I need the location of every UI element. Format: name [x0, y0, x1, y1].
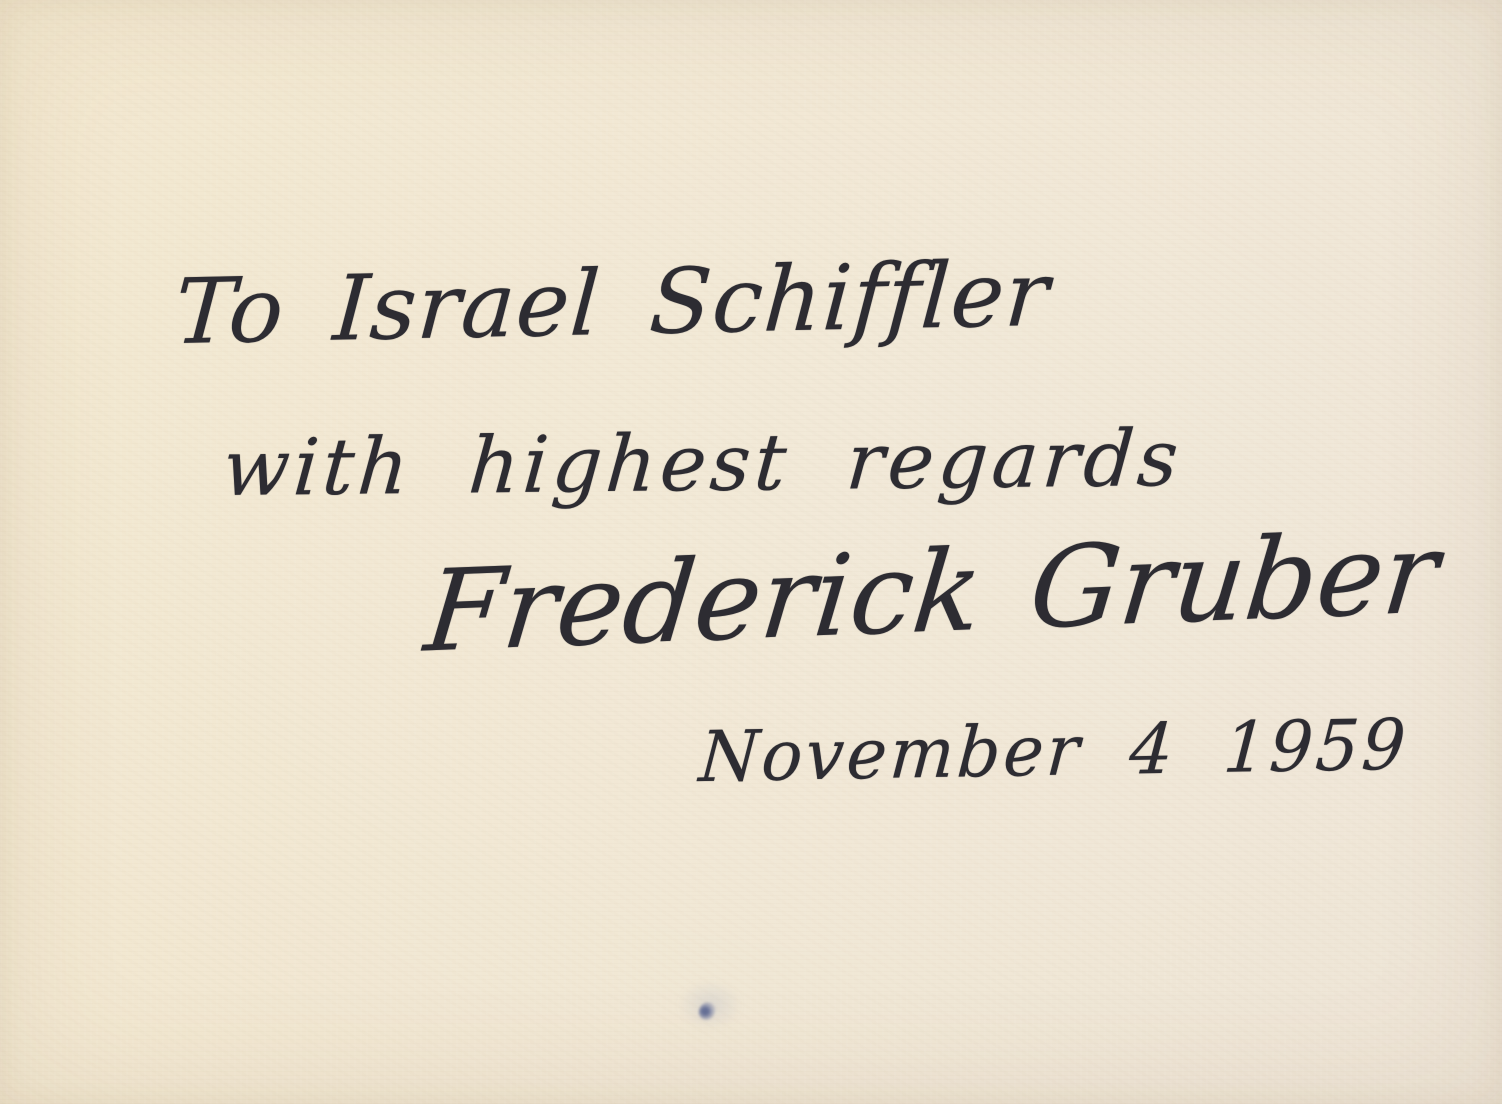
- inscription-recipient-line: To Israel Schiffler: [172, 250, 1052, 358]
- ink-smudge-halo: [668, 972, 752, 1038]
- inscription-date-line: November 4 1959: [697, 710, 1411, 792]
- inscription-signature: Frederick Gruber: [421, 517, 1443, 668]
- inscription-regards-line: with highest regards: [220, 420, 1185, 508]
- ink-smudge: [697, 1000, 718, 1022]
- inscription-page-photo: To Israel Schiffler with highest regards…: [0, 0, 1502, 1104]
